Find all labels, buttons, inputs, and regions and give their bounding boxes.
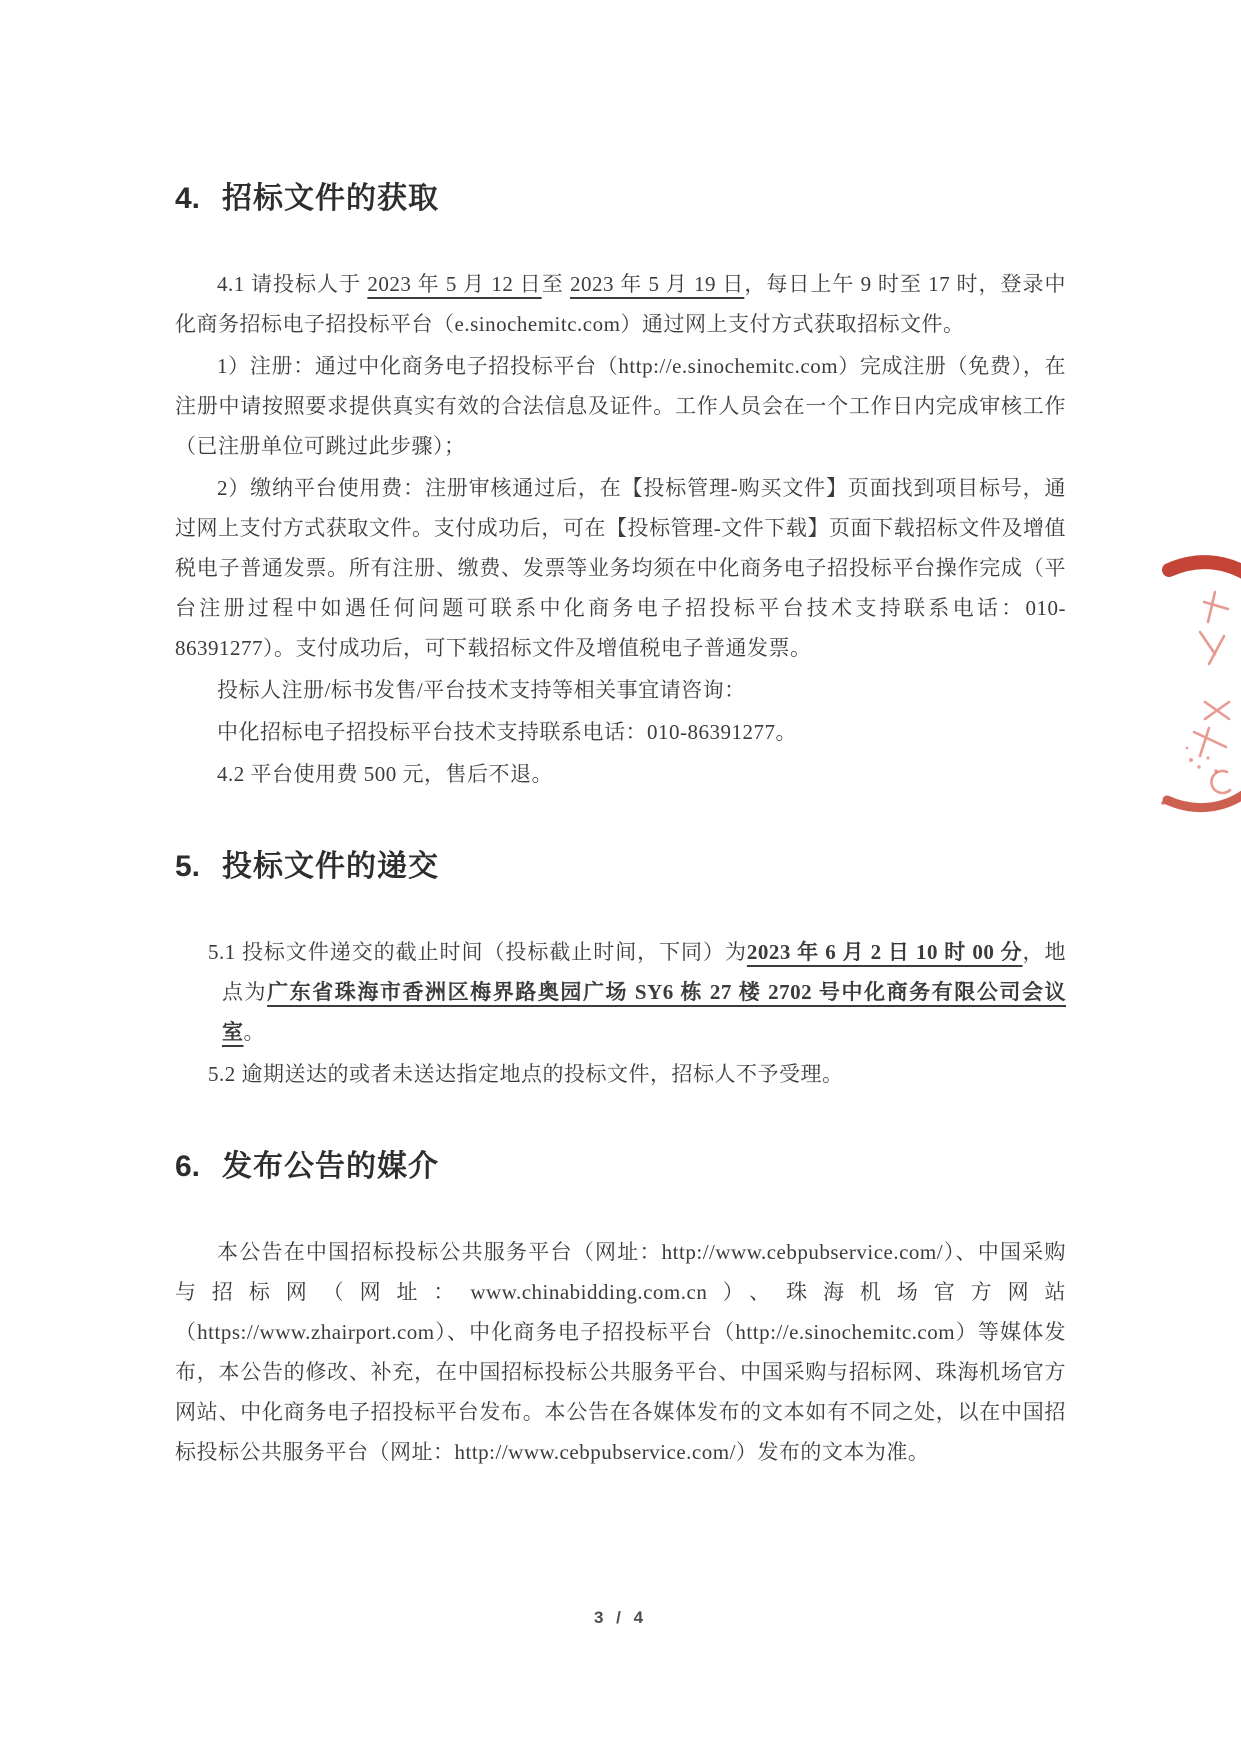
- p51-deadline: 2023 年 6 月 2 日 10 时 00 分: [747, 940, 1023, 964]
- section-6-heading: 6.发布公告的媒介: [175, 1146, 1066, 1188]
- scanned-document-page: 4.招标文件的获取 4.1 请投标人于 2023 年 5 月 12 日至 202…: [0, 0, 1241, 1755]
- section-5: 5.投标文件的递交 5.1 投标文件递交的截止时间（投标截止时间，下同）为202…: [175, 846, 1066, 1094]
- document-content: 4.招标文件的获取 4.1 请投标人于 2023 年 5 月 12 日至 202…: [175, 0, 1066, 1474]
- p41-date-to: 2023 年 5 月 19 日: [570, 272, 744, 296]
- paragraph-6-1: 本公告在中国招标投标公共服务平台（网址：http://www.cebpubser…: [175, 1232, 1066, 1472]
- paragraph-5-2: 5.2 逾期送达的或者未送达指定地点的投标文件，招标人不予受理。: [222, 1054, 1066, 1094]
- p41-lead: 4.1 请投标人于: [217, 272, 367, 296]
- section-4-title: 招标文件的获取: [222, 182, 439, 215]
- p41-date-from: 2023 年 5 月 12 日: [367, 272, 541, 296]
- paragraph-4-2: 4.2 平台使用费 500 元，售后不退。: [175, 754, 1066, 794]
- paragraph-4-1: 4.1 请投标人于 2023 年 5 月 12 日至 2023 年 5 月 19…: [175, 264, 1066, 344]
- section-6-title: 发布公告的媒介: [222, 1150, 439, 1183]
- p51-lead: 5.1 投标文件递交的截止时间（投标截止时间，下同）为: [208, 940, 747, 964]
- section-5-title: 投标文件的递交: [222, 850, 439, 883]
- section-5-number: 5.: [175, 850, 200, 883]
- section-6: 6.发布公告的媒介 本公告在中国招标投标公共服务平台（网址：http://www…: [175, 1146, 1066, 1472]
- paragraph-payment-step: 2）缴纳平台使用费：注册审核通过后，在【投标管理-购买文件】页面找到项目标号，通…: [175, 468, 1066, 668]
- paragraph-5-1: 5.1 投标文件递交的截止时间（投标截止时间，下同）为2023 年 6 月 2 …: [222, 932, 1066, 1052]
- p51-tail: 。: [244, 1020, 266, 1044]
- red-stamp-partial-icon: [1141, 520, 1241, 850]
- paragraph-consult: 投标人注册/标书发售/平台技术支持等相关事宜请咨询：: [175, 670, 1066, 710]
- section-6-number: 6.: [175, 1150, 200, 1183]
- section-4: 4.招标文件的获取 4.1 请投标人于 2023 年 5 月 12 日至 202…: [175, 178, 1066, 794]
- section-4-number: 4.: [175, 182, 200, 215]
- section-5-heading: 5.投标文件的递交: [175, 846, 1066, 888]
- p41-mid: 至: [542, 272, 570, 296]
- page-number: 3 / 4: [0, 1608, 1241, 1628]
- paragraph-register-step: 1）注册：通过中化商务电子招投标平台（http://e.sinochemitc.…: [175, 346, 1066, 466]
- p51-address: 广东省珠海市香洲区梅界路奥园广场 SY6 栋 27 楼 2702 号中化商务有限…: [222, 980, 1066, 1044]
- paragraph-support-phone: 中化招标电子招投标平台技术支持联系电话：010-86391277。: [175, 712, 1066, 752]
- section-4-heading: 4.招标文件的获取: [175, 178, 1066, 220]
